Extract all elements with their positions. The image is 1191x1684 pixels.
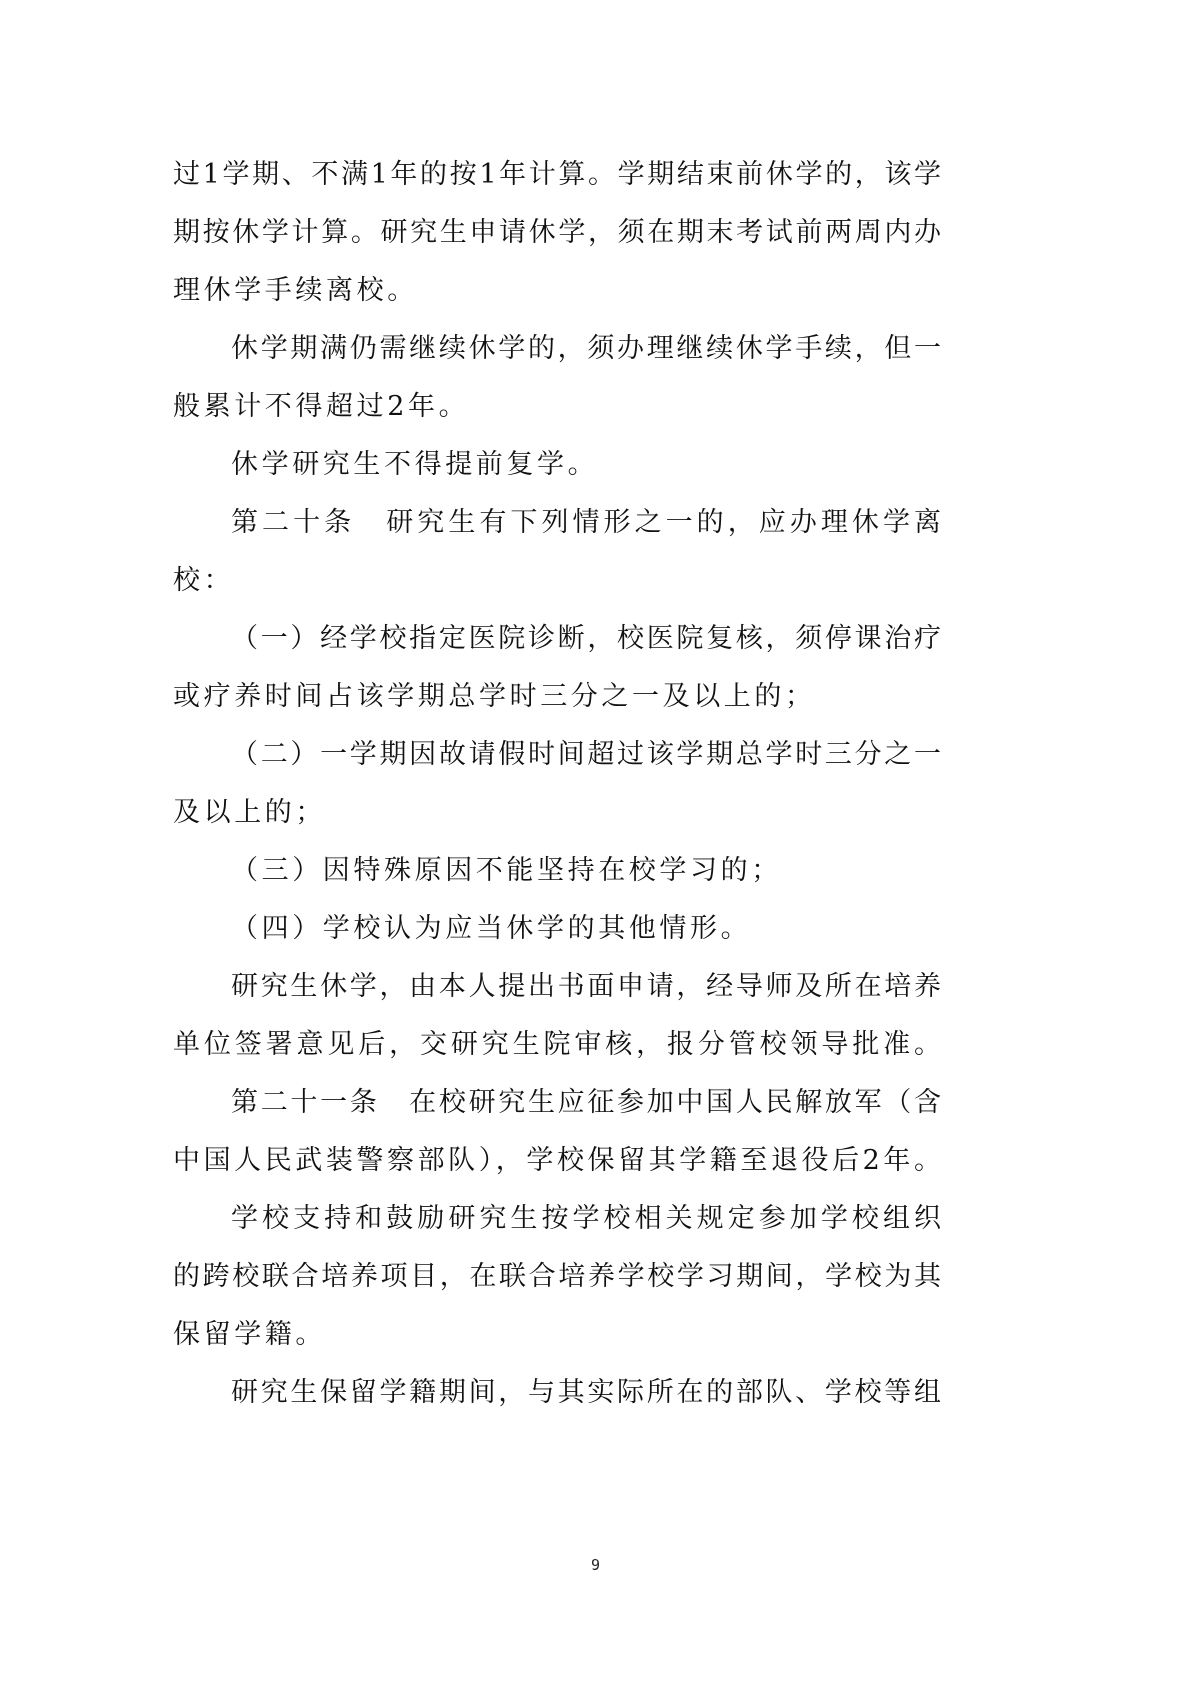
list-item-line: （四）学校认为应当休学的其他情形。	[173, 900, 941, 958]
text-line: 理休学手续离校。	[173, 262, 941, 320]
list-item-line: （三）因特殊原因不能坚持在校学习的；	[173, 842, 941, 900]
text-line: 学校支持和鼓励研究生按学校相关规定参加学校组织	[173, 1190, 941, 1248]
line-text: 研究生保留学籍期间，与其实际所在的部队、学校等组	[231, 1364, 941, 1422]
document-page: 过1学期、不满1年的按1年计算。学期结束前休学的，该学 期按休学计算。研究生申请…	[0, 0, 1191, 1684]
line-text: 保留学籍。	[173, 1306, 941, 1364]
line-text: 校：	[173, 552, 941, 610]
text-line: 校：	[173, 552, 941, 610]
text-line: 过1学期、不满1年的按1年计算。学期结束前休学的，该学	[173, 146, 941, 204]
text-line: 休学期满仍需继续休学的，须办理继续休学手续，但一	[173, 320, 941, 378]
list-item-line: （一）经学校指定医院诊断，校医院复核，须停课治疗	[173, 610, 941, 668]
page-number: 9	[0, 1556, 1191, 1574]
line-text: （二）一学期因故请假时间超过该学期总学时三分之一	[231, 726, 941, 784]
line-text: 期按休学计算。研究生申请休学，须在期末考试前两周内办	[173, 204, 941, 262]
article-heading-line: 第二十条 研究生有下列情形之一的，应办理休学离	[173, 494, 941, 552]
line-text: （三）因特殊原因不能坚持在校学习的；	[231, 842, 941, 900]
line-text: 的跨校联合培养项目，在联合培养学校学习期间，学校为其	[173, 1248, 941, 1306]
text-line: 单位签署意见后，交研究生院审核，报分管校领导批准。	[173, 1016, 941, 1074]
line-text: 中国人民武装警察部队），学校保留其学籍至退役后2年。	[173, 1132, 941, 1190]
text-line: 保留学籍。	[173, 1306, 941, 1364]
line-text: 休学研究生不得提前复学。	[231, 436, 941, 494]
text-line: 及以上的；	[173, 784, 941, 842]
line-text: 第二十一条 在校研究生应征参加中国人民解放军（含	[231, 1074, 941, 1132]
line-text: （四）学校认为应当休学的其他情形。	[231, 900, 941, 958]
text-line: 或疗养时间占该学期总学时三分之一及以上的；	[173, 668, 941, 726]
line-text: 休学期满仍需继续休学的，须办理继续休学手续，但一	[231, 320, 941, 378]
line-text: 研究生休学，由本人提出书面申请，经导师及所在培养	[231, 958, 941, 1016]
text-line: 期按休学计算。研究生申请休学，须在期末考试前两周内办	[173, 204, 941, 262]
text-line: 研究生休学，由本人提出书面申请，经导师及所在培养	[173, 958, 941, 1016]
list-item-line: （二）一学期因故请假时间超过该学期总学时三分之一	[173, 726, 941, 784]
article-heading-line: 第二十一条 在校研究生应征参加中国人民解放军（含	[173, 1074, 941, 1132]
line-text: （一）经学校指定医院诊断，校医院复核，须停课治疗	[231, 610, 941, 668]
text-line: 中国人民武装警察部队），学校保留其学籍至退役后2年。	[173, 1132, 941, 1190]
text-line: 的跨校联合培养项目，在联合培养学校学习期间，学校为其	[173, 1248, 941, 1306]
text-line: 研究生保留学籍期间，与其实际所在的部队、学校等组	[173, 1364, 941, 1422]
line-text: 第二十条 研究生有下列情形之一的，应办理休学离	[231, 494, 941, 552]
line-text: 般累计不得超过2年。	[173, 378, 941, 436]
line-text: 过1学期、不满1年的按1年计算。学期结束前休学的，该学	[173, 146, 941, 204]
body-text: 过1学期、不满1年的按1年计算。学期结束前休学的，该学 期按休学计算。研究生申请…	[173, 146, 941, 1422]
line-text: 或疗养时间占该学期总学时三分之一及以上的；	[173, 668, 941, 726]
line-text: 单位签署意见后，交研究生院审核，报分管校领导批准。	[173, 1016, 941, 1074]
text-line: 般累计不得超过2年。	[173, 378, 941, 436]
line-text: 理休学手续离校。	[173, 262, 941, 320]
line-text: 及以上的；	[173, 784, 941, 842]
line-text: 学校支持和鼓励研究生按学校相关规定参加学校组织	[231, 1190, 941, 1248]
text-line: 休学研究生不得提前复学。	[173, 436, 941, 494]
